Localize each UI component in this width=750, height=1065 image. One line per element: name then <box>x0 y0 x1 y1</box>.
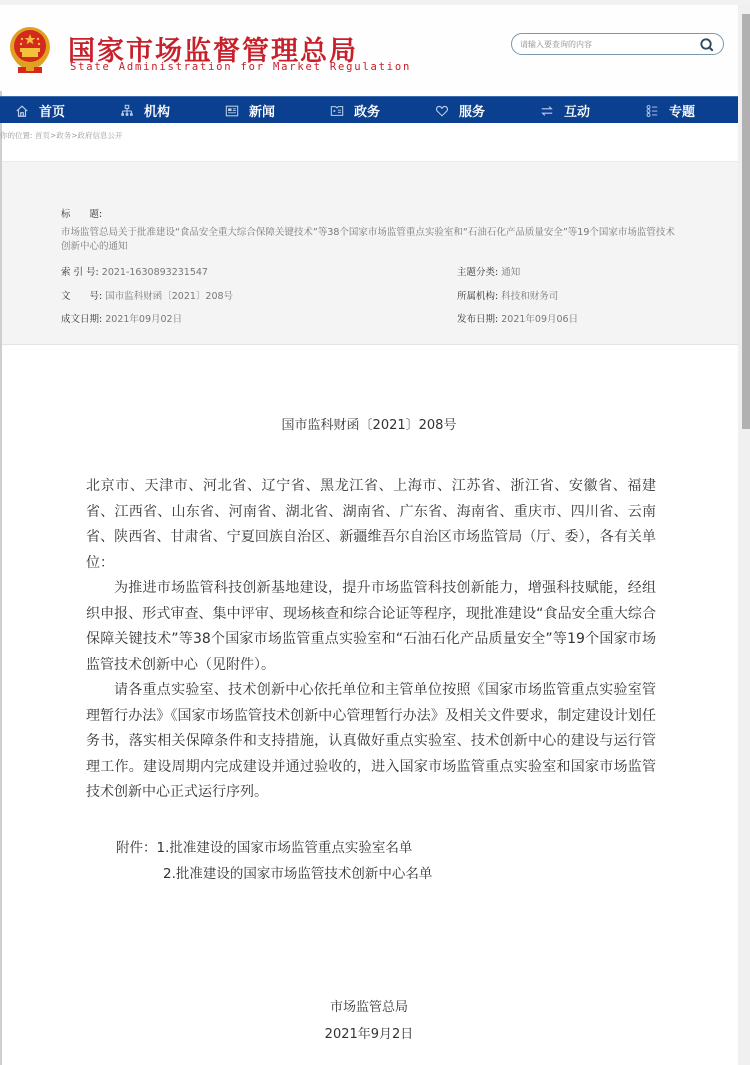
meta-org-value: 科技和财务司 <box>501 291 558 302</box>
nav-item-interaction[interactable]: 互动 <box>540 97 590 124</box>
news-icon <box>225 104 239 118</box>
meta-title-value: 市场监管总局关于批准建设“食品安全重大综合保障关键技术”等38个国家市场监管重点… <box>61 226 681 254</box>
nav-label: 新闻 <box>249 101 275 120</box>
meta-written-label: 成文日期: <box>61 314 102 325</box>
org-chart-icon <box>120 104 134 118</box>
nav-item-topics[interactable]: 专题 <box>645 97 695 124</box>
meta-index-label: 索 引 号: <box>61 267 99 278</box>
attachment-link[interactable]: 1.批准建设的国家市场监管重点实验室名单 <box>157 840 413 856</box>
document-paragraph: 为推进市场监管科技创新基地建设，提升市场监管科技创新能力，增强科技赋能，经组织申… <box>86 576 656 678</box>
meta-document-number: 文 号: 国市监科财函〔2021〕208号 <box>61 288 233 302</box>
document-paragraph: 请各重点实验室、技术创新中心依托单位和主管单位按照《国家市场监管重点实验室管理暂… <box>86 678 656 806</box>
search-icon[interactable] <box>699 37 714 52</box>
nav-label: 服务 <box>459 101 485 120</box>
nav-item-news[interactable]: 新闻 <box>225 97 275 124</box>
meta-org-label: 所属机构: <box>457 291 498 302</box>
document-recipients: 北京市、天津市、河北省、辽宁省、黑龙江省、上海市、江苏省、浙江省、安徽省、福建省… <box>86 474 656 576</box>
meta-published-value: 2021年09月06日 <box>501 314 578 325</box>
meta-docno-label: 文 号: <box>61 291 102 302</box>
meta-written-date: 成文日期: 2021年09月02日 <box>61 311 182 325</box>
meta-docno-value: 国市监科财函〔2021〕208号 <box>105 291 233 302</box>
nav-label: 互动 <box>564 101 590 120</box>
nav-item-home[interactable]: 首页 <box>15 97 65 124</box>
national-emblem-icon[interactable] <box>6 25 54 75</box>
nav-label: 机构 <box>144 101 170 120</box>
meta-index-number: 索 引 号: 2021-1630893231547 <box>61 264 208 278</box>
meta-title-label: 标 题: <box>61 206 102 220</box>
breadcrumb: 你的位置: 首页>政务>政府信息公开 <box>0 130 123 141</box>
exchange-arrows-icon <box>540 104 554 118</box>
attachments: 附件：1.批准建设的国家市场监管重点实验室名单 2.批准建设的国家市场监管技术创… <box>116 835 432 887</box>
document-body: 北京市、天津市、河北省、辽宁省、黑龙江省、上海市、江苏省、浙江省、安徽省、福建省… <box>86 474 656 806</box>
meta-published-date: 发布日期: 2021年09月06日 <box>457 311 578 325</box>
nav-label: 专题 <box>669 101 695 120</box>
nav-item-services[interactable]: 服务 <box>435 97 485 124</box>
meta-written-value: 2021年09月02日 <box>105 314 182 325</box>
document-metadata-panel: 标 题: 市场监管总局关于批准建设“食品安全重大综合保障关键技术”等38个国家市… <box>2 161 738 345</box>
site-header: 国家市场监督管理总局 State Administration for Mark… <box>0 5 738 91</box>
government-affairs-icon <box>330 104 344 118</box>
nav-label: 政务 <box>354 101 380 120</box>
meta-organization: 所属机构: 科技和财务司 <box>457 288 558 302</box>
meta-index-value: 2021-1630893231547 <box>102 267 208 278</box>
meta-topic-value: 通知 <box>501 267 520 278</box>
search-input[interactable] <box>520 36 690 52</box>
home-icon <box>15 104 29 118</box>
attachments-label: 附件： <box>116 840 157 856</box>
breadcrumb-home[interactable]: 首页 <box>35 131 50 140</box>
breadcrumb-info-disclosure[interactable]: 政府信息公开 <box>78 131 123 140</box>
heart-icon <box>435 104 449 118</box>
nav-item-organization[interactable]: 机构 <box>120 97 170 124</box>
breadcrumb-prefix: 你的位置: <box>0 131 33 140</box>
nav-label: 首页 <box>39 101 65 120</box>
document-signature: 市场监管总局 <box>0 996 738 1015</box>
topic-list-icon <box>645 104 659 118</box>
meta-published-label: 发布日期: <box>457 314 498 325</box>
document-number: 国市监科财函〔2021〕208号 <box>0 414 738 433</box>
attachment-link[interactable]: 2.批准建设的国家市场监管技术创新中心名单 <box>163 866 432 882</box>
meta-topic: 主题分类: 通知 <box>457 264 520 278</box>
meta-topic-label: 主题分类: <box>457 267 498 278</box>
main-nav: 首页 机构 新闻 政务 服务 互动 专题 <box>0 96 738 123</box>
site-title-en: State Administration for Market Regulati… <box>70 61 411 73</box>
search-box[interactable] <box>511 33 724 55</box>
nav-item-government-affairs[interactable]: 政务 <box>330 97 380 124</box>
document-date: 2021年9月2日 <box>0 1023 738 1042</box>
scrollbar-thumb[interactable] <box>742 14 750 429</box>
breadcrumb-government-affairs[interactable]: 政务 <box>56 131 71 140</box>
